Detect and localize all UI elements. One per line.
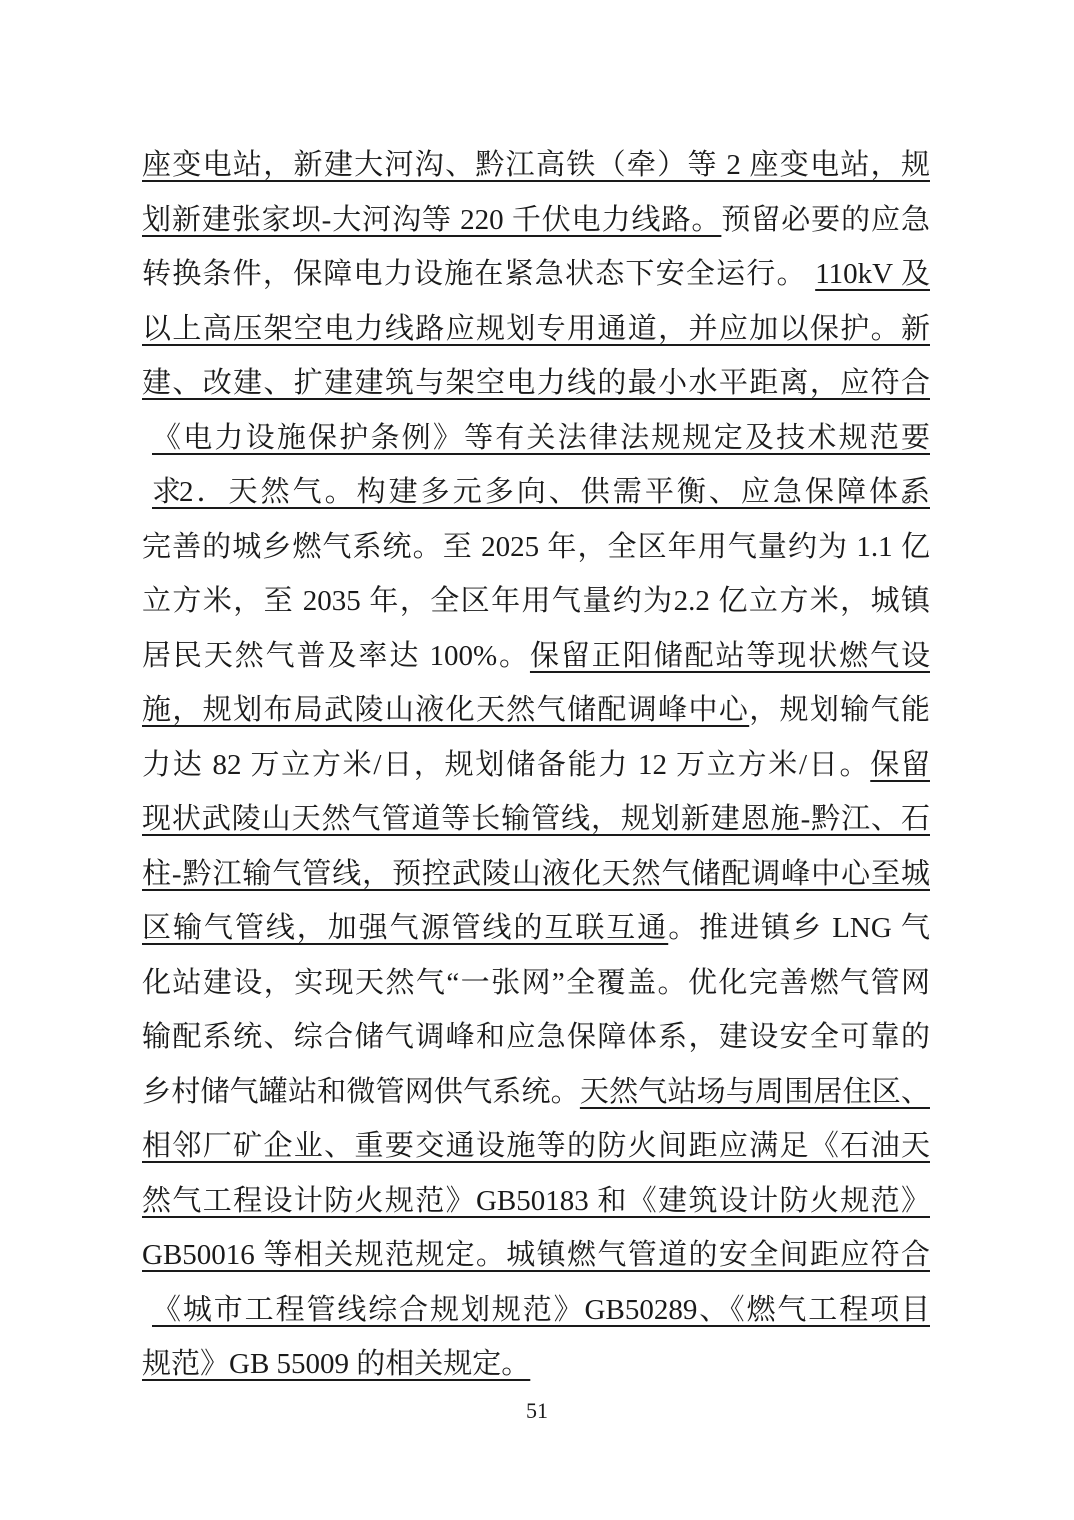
underlined-text: 划新建张家坝-大河沟等 220 千伏电力线路。 [142, 204, 721, 236]
text-line: 完善的城乡燃气系统。至 2025 年，全区年用气量约为 1.1 亿 [142, 520, 930, 575]
plain-text: 化站建设，实现天然气“一张网”全覆盖。优化完善燃气管网 [142, 967, 930, 999]
underlined-text: 以上高压架空电力线路应规划专用通道，并应加以保护。新 [142, 313, 930, 345]
underlined-text: 规范》GB 55009 的相关规定。 [142, 1348, 530, 1380]
text-line: 施，规划布局武陵山液化天然气储配调峰中心，规划输气能 [142, 683, 930, 738]
plain-text: 乡村储气罐站和微管网供气系统。 [142, 1076, 580, 1108]
plain-text: 转换条件，保障电力设施在紧急状态下安全运行。 [142, 258, 815, 290]
underlined-text: 座变电站，新建大河沟、黔江高铁（牵）等 2 座变电站，规 [142, 149, 930, 181]
underlined-text: 保留 [870, 749, 930, 781]
plain-text: 。推进镇乡 LNG 气 [668, 912, 930, 944]
text-line: GB50016 等相关规范规定。城镇燃气管道的安全间距应符合 [142, 1228, 930, 1283]
text-line: 现状武陵山天然气管道等长输管线，规划新建恩施-黔江、石 [142, 792, 930, 847]
plain-text: ，规划输气能 [749, 694, 930, 726]
underlined-text: 施，规划布局武陵山液化天然气储配调峰中心 [142, 694, 749, 726]
text-line: 建、改建、扩建建筑与架空电力线的最小水平距离，应符合 [142, 356, 930, 411]
underlined-text: 保留正阳储配站等现状燃气设 [530, 640, 930, 672]
text-line: 转换条件，保障电力设施在紧急状态下安全运行。 110kV 及 [142, 247, 930, 302]
page-number: 51 [0, 1398, 1074, 1424]
text-line: 然气工程设计防火规范》GB50183 和《建筑设计防火规范》 [142, 1174, 930, 1229]
text-line: 《城市工程管线综合规划规范》GB50289、《燃气工程项目 [142, 1283, 930, 1338]
text-line: 力达 82 万立方米/日，规划储备能力 12 万立方米/日。保留 [142, 738, 930, 793]
underlined-text: 现状武陵山天然气管道等长输管线，规划新建恩施-黔江、石 [142, 803, 930, 835]
plain-text: 2．天然气。构建多元多向、供需平衡、应急保障体系 [179, 476, 930, 508]
plain-text: 完善的城乡燃气系统。至 2025 年，全区年用气量约为 1.1 亿 [142, 531, 930, 563]
text-line: 输配系统、综合储气调峰和应急保障体系，建设安全可靠的 [142, 1010, 930, 1065]
plain-text: 预留必要的应急 [721, 204, 930, 236]
underlined-text: 建、改建、扩建建筑与架空电力线的最小水平距离，应符合 [142, 367, 930, 399]
text-line: 立方米，至 2035 年，全区年用气量约为2.2 亿立方米，城镇 [142, 574, 930, 629]
text-line: 《电力设施保护条例》等有关法律法规规定及技术规范要求。 [142, 411, 930, 466]
document-page: 座变电站，新建大河沟、黔江高铁（牵）等 2 座变电站，规划新建张家坝-大河沟等 … [0, 0, 1074, 1520]
underlined-text: 110kV 及 [815, 258, 930, 290]
text-line: 划新建张家坝-大河沟等 220 千伏电力线路。预留必要的应急 [142, 193, 930, 248]
plain-text: 力达 82 万立方米/日，规划储备能力 12 万立方米/日。 [142, 749, 870, 781]
text-line: 乡村储气罐站和微管网供气系统。天然气站场与周围居住区、 [142, 1065, 930, 1120]
underlined-text: 柱-黔江输气管线，预控武陵山液化天然气储配调峰中心至城 [142, 858, 930, 890]
underlined-text: GB50016 等相关规范规定。城镇燃气管道的安全间距应符合 [142, 1239, 930, 1271]
text-line: 相邻厂矿企业、重要交通设施等的防火间距应满足《石油天 [142, 1119, 930, 1174]
plain-text: 输配系统、综合储气调峰和应急保障体系，建设安全可靠的 [142, 1021, 930, 1053]
underlined-text: 《城市工程管线综合规划规范》GB50289、《燃气工程项目 [152, 1294, 930, 1326]
text-line: 区输气管线，加强气源管线的互联互通。推进镇乡 LNG 气 [142, 901, 930, 956]
text-line: 以上高压架空电力线路应规划专用通道，并应加以保护。新 [142, 302, 930, 357]
underlined-text: 然气工程设计防火规范》GB50183 和《建筑设计防火规范》 [142, 1185, 930, 1217]
text-line: 规范》GB 55009 的相关规定。 [142, 1337, 930, 1392]
plain-text: 居民天然气普及率达 100%。 [142, 640, 530, 672]
document-body: 座变电站，新建大河沟、黔江高铁（牵）等 2 座变电站，规划新建张家坝-大河沟等 … [142, 138, 930, 1392]
text-line: 座变电站，新建大河沟、黔江高铁（牵）等 2 座变电站，规 [142, 138, 930, 193]
underlined-text: 区输气管线，加强气源管线的互联互通 [142, 912, 668, 944]
text-line: 居民天然气普及率达 100%。保留正阳储配站等现状燃气设 [142, 629, 930, 684]
underlined-text: 相邻厂矿企业、重要交通设施等的防火间距应满足《石油天 [142, 1130, 930, 1162]
plain-text: 立方米，至 2035 年，全区年用气量约为2.2 亿立方米，城镇 [142, 585, 930, 617]
text-line: 化站建设，实现天然气“一张网”全覆盖。优化完善燃气管网 [142, 956, 930, 1011]
text-line: 2．天然气。构建多元多向、供需平衡、应急保障体系 [142, 465, 930, 520]
text-line: 柱-黔江输气管线，预控武陵山液化天然气储配调峰中心至城 [142, 847, 930, 902]
underlined-text: 天然气站场与周围居住区、 [580, 1076, 930, 1108]
